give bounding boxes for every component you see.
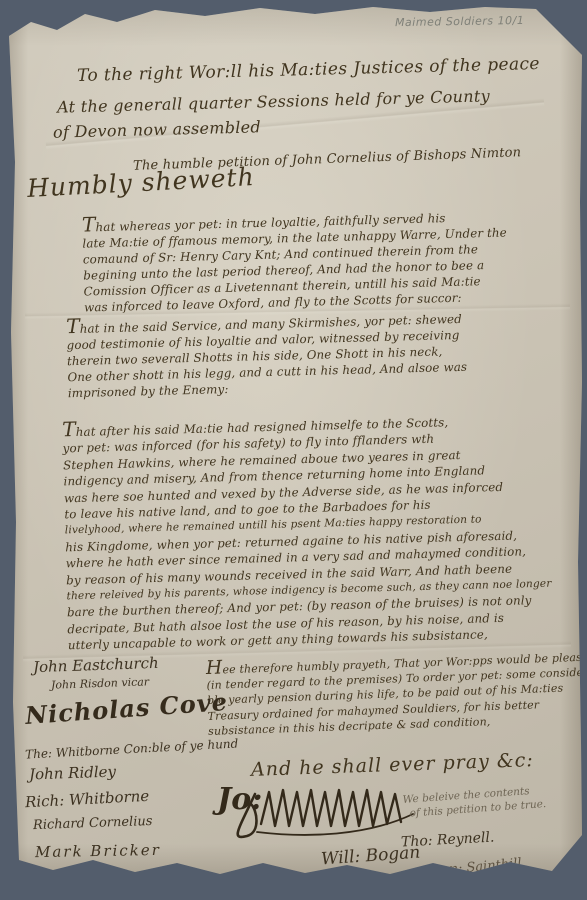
flourished-signature-initials: Jo: — [217, 782, 262, 817]
petition-paragraph-1: That whereas yor pet: in true loyaltie, … — [82, 208, 509, 315]
heading-line-2: At the generall quarter Sessions held fo… — [57, 86, 490, 116]
heading-line-1: To the right Wor:ll his Ma:ties Justices… — [77, 54, 540, 86]
prayer-clause: Hee therefore humbly prayeth, That yor W… — [206, 649, 587, 739]
manuscript-paper: Maimed Soldiers 10/1 To the right Wor:ll… — [5, 2, 583, 888]
archive-annotation: Maimed Soldiers 10/1 — [395, 14, 524, 29]
petition-salutation: Humbly sheweth — [26, 162, 255, 203]
justice-signature: Will: Bogan — [320, 843, 420, 870]
attestor-signature: Rich: Whitborne — [25, 787, 150, 811]
justice-signature: Sam: Sainthill — [429, 856, 523, 879]
attestor-signature: John Risdon vicar — [51, 675, 150, 691]
attestor-signature: John Ridley — [29, 762, 117, 783]
heading-line-3: of Devon now assembled — [53, 117, 261, 141]
attestor-signature: The: Whitborne Con:ble of ye hund — [25, 736, 239, 761]
petition-paragraph-2: That in the said Service, and many Skirm… — [66, 311, 468, 401]
petition-paragraph-3: That after his said Ma:tie had resigned … — [62, 412, 553, 654]
attestor-signature: Nicholas Cove — [24, 687, 229, 730]
attestor-signature: John Eastchurch — [33, 654, 159, 676]
closing-formula: And he shall ever pray &c: — [251, 749, 534, 781]
attestor-signature: Richard Cornelius — [33, 814, 153, 833]
archive-photo-background: { "colors": { "background": "#535d6c", "… — [0, 0, 587, 900]
attestor-signature: Mark Bricker — [35, 841, 161, 861]
flourished-signature: Jo: — [217, 780, 427, 846]
